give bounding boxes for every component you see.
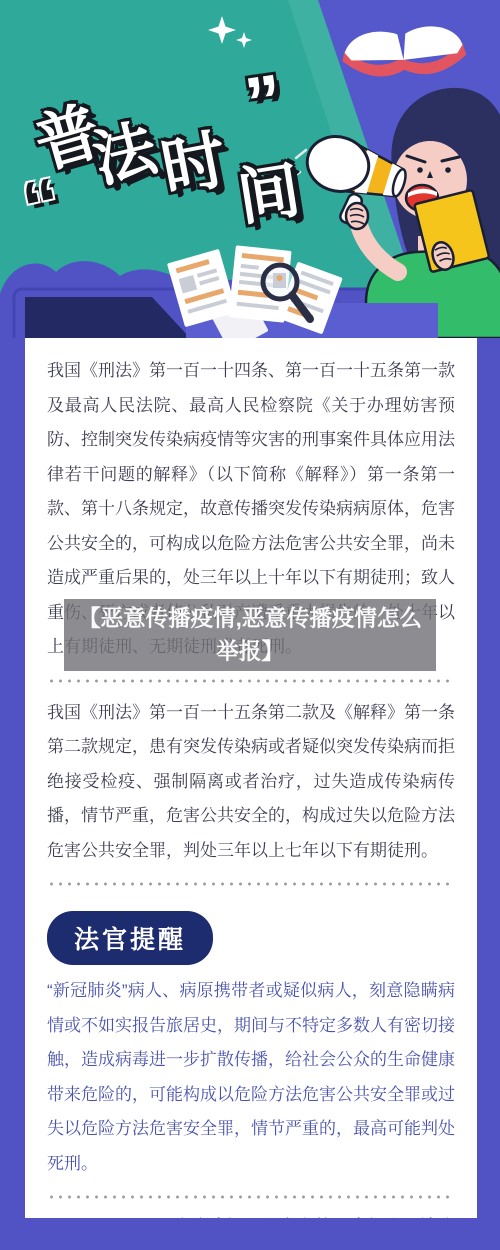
judge-reminder-paragraph: “新冠肺炎”病人、病原携带者或疑似病人，刻意隐瞒病情或不如实报告旅居史，期间与不… — [47, 974, 455, 1181]
dotted-divider-1 — [47, 679, 455, 683]
header-illustration — [0, 0, 500, 338]
source-attribution: 文字来源：北京市第二中级人民法院 — [47, 1212, 455, 1218]
header-banner: 普 法 时 间 “ ” — [0, 0, 500, 338]
poster-page: 普 法 时 间 “ ” 我国《刑法》第一百一十四条、第一百一十五条第一款及最高人… — [0, 0, 500, 1250]
dotted-divider-3 — [47, 1195, 455, 1199]
legal-text-card: 我国《刑法》第一百一十四条、第一百一十五条第一款及最高人民法院、最高人民检察院《… — [25, 338, 477, 1218]
dotted-divider-2 — [47, 882, 455, 886]
law-paragraph-2: 我国《刑法》第一百一十五条第二款及《解释》第一条第二款规定，患有突发传染病或者疑… — [47, 696, 455, 869]
judge-reminder-badge: 法官提醒 — [47, 911, 213, 965]
watermark-overlay: 【恶意传播疫情,恶意传播疫情怎么举报】 — [64, 599, 436, 671]
